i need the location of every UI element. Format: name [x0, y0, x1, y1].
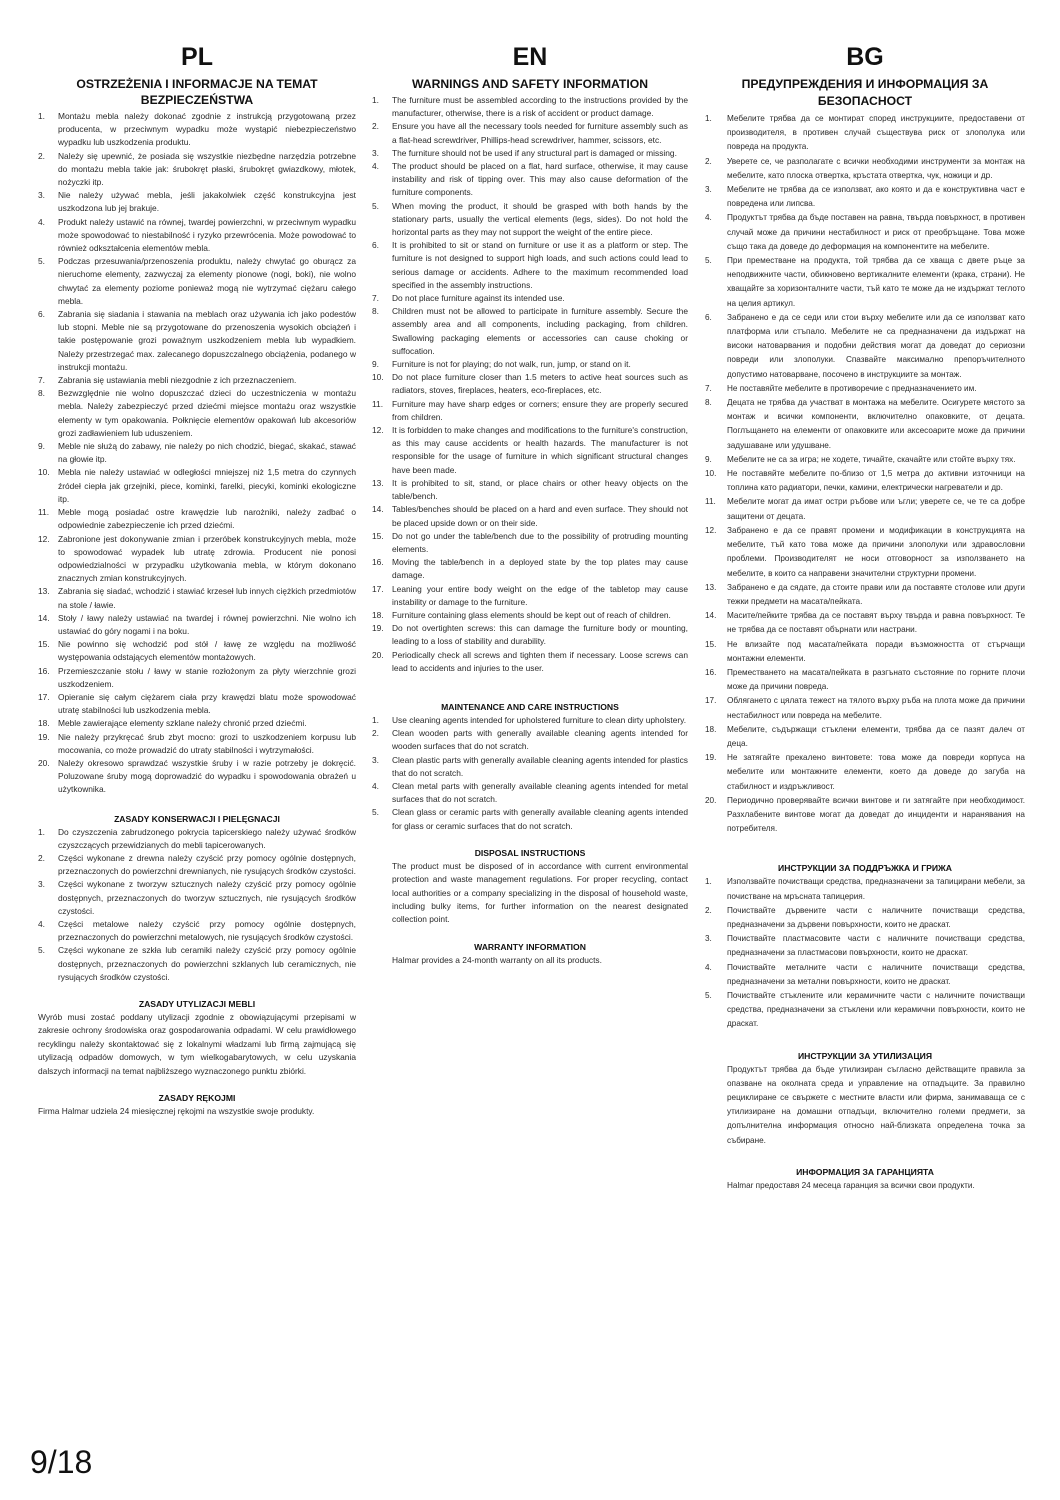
item-text: Meble mogą posiadać ostre krawędzie lub …: [58, 507, 356, 530]
list-item: 19.Nie należy przykręcać śrub zbyt mocno…: [38, 731, 356, 757]
item-text: Облягането с цялата тежест на тялото вър…: [727, 696, 1025, 719]
item-number: 5.: [372, 806, 379, 819]
list-item: 3.Почиствайте пластмасовите части с нали…: [705, 932, 1025, 960]
list-item: 8.Children must not be allowed to partic…: [372, 305, 688, 358]
list-item: 2.Уверете се, че разполагате с всички не…: [705, 155, 1025, 183]
list-item: 14.Stoły / ławy należy ustawiać na tward…: [38, 612, 356, 638]
warnings-title: ПРЕДУПРЕЖДЕНИЯ И ИНФОРМАЦИЯ ЗА БЕЗОПАСНО…: [705, 76, 1025, 110]
item-number: 18.: [372, 609, 384, 622]
item-number: 18.: [705, 723, 716, 737]
warnings-list: 1.Montażu mebla należy dokonać zgodnie z…: [38, 110, 356, 797]
list-item: 13.Забранено е да сядате, да стоите прав…: [705, 581, 1025, 609]
item-number: 14.: [705, 609, 716, 623]
list-item: 5.Części wykonane ze szkła lub ceramiki …: [38, 944, 356, 984]
list-item: 5.При преместване на продукта, той трябв…: [705, 254, 1025, 311]
list-item: 9.Мебелите не са за игра; не ходете, тич…: [705, 453, 1025, 467]
item-text: Stoły / ławy należy ustawiać na twardej …: [58, 613, 356, 636]
item-number: 15.: [705, 638, 716, 652]
item-text: It is forbidden to make changes and modi…: [392, 425, 688, 475]
item-number: 15.: [38, 638, 50, 651]
item-text: Meble nie służą do zabawy, nie należy po…: [58, 441, 356, 464]
warranty-title: ИНФОРМАЦИЯ ЗА ГАРАНЦИЯТА: [705, 1166, 1025, 1178]
disposal-text: The product must be disposed of in accor…: [372, 860, 688, 927]
item-number: 9.: [372, 358, 379, 371]
item-text: Децата не трябва да участват в монтажа н…: [727, 398, 1025, 450]
item-number: 12.: [38, 533, 50, 546]
item-text: Moving the table/bench in a deployed sta…: [392, 557, 688, 580]
list-item: 5.Podczas przesuwania/przenoszenia produ…: [38, 255, 356, 308]
item-text: Преместването на масата/пейката в разгън…: [727, 668, 1025, 691]
list-item: 12.Zabronione jest dokonywanie zmian i p…: [38, 533, 356, 586]
item-text: Produkt należy ustawić na równej, twarde…: [58, 217, 356, 253]
item-text: Clean plastic parts with generally avail…: [392, 755, 688, 778]
care-title: MAINTENANCE AND CARE INSTRUCTIONS: [372, 701, 688, 713]
list-item: 17.Облягането с цялата тежест на тялото …: [705, 694, 1025, 722]
column-bg: BG ПРЕДУПРЕЖДЕНИЯ И ИНФОРМАЦИЯ ЗА БЕЗОПА…: [705, 42, 1025, 1193]
item-text: Мебелите трябва да се монтират според ин…: [727, 114, 1025, 151]
disposal-title: ZASADY UTYLIZACJI MEBLI: [38, 998, 356, 1010]
list-item: 1.Use cleaning agents intended for uphol…: [372, 714, 688, 727]
language-heading: PL: [38, 42, 356, 72]
list-item: 10.Do not place furniture closer than 1.…: [372, 371, 688, 397]
list-item: 4.Продуктът трябва да бъде поставен на р…: [705, 211, 1025, 254]
list-item: 12.It is forbidden to make changes and m…: [372, 424, 688, 477]
item-number: 3.: [372, 147, 379, 160]
list-item: 8.Bezwzględnie nie wolno dopuszczać dzie…: [38, 387, 356, 440]
item-text: Należy okresowo sprawdzać wszystkie śrub…: [58, 758, 356, 794]
care-title: ИНСТРУКЦИИ ЗА ПОДДРЪЖКА И ГРИЖА: [705, 862, 1025, 874]
item-text: Use cleaning agents intended for upholst…: [392, 715, 686, 725]
item-text: Do not place furniture closer than 1.5 m…: [392, 372, 688, 395]
item-number: 20.: [38, 757, 50, 770]
item-text: Należy się upewnić, że posiada się wszys…: [58, 151, 356, 187]
list-item: 9.Meble nie służą do zabawy, nie należy …: [38, 440, 356, 466]
list-item: 15.Do not go under the table/bench due t…: [372, 530, 688, 556]
item-number: 4.: [38, 216, 45, 229]
warranty-text: Halmar предоставя 24 месеца гаранция за …: [705, 1179, 1025, 1193]
item-number: 11.: [372, 398, 383, 411]
item-text: Не влизайте под масата/пейката поради въ…: [727, 640, 1025, 663]
item-text: Почиствайте стъклените или керамичните ч…: [727, 991, 1025, 1028]
warranty-title: WARRANTY INFORMATION: [372, 941, 688, 953]
list-item: 8.Децата не трябва да участват в монтажа…: [705, 396, 1025, 453]
list-item: 19.Do not overtighten screws: this can d…: [372, 622, 688, 648]
list-item: 4.Clean metal parts with generally avail…: [372, 780, 688, 806]
item-text: Уверете се, че разполагате с всички необ…: [727, 157, 1025, 180]
item-text: Furniture containing glass elements shou…: [392, 610, 671, 620]
item-text: Мебелите могат да имат остри ръбове или …: [727, 497, 1025, 520]
list-item: 16.Moving the table/bench in a deployed …: [372, 556, 688, 582]
item-number: 6.: [372, 239, 379, 252]
list-item: 1.Do czyszczenia zabrudzonego pokrycia t…: [38, 826, 356, 852]
list-item: 6.Забранено е да се седи или стои върху …: [705, 311, 1025, 382]
item-text: Leaning your entire body weight on the e…: [392, 584, 688, 607]
item-number: 10.: [705, 467, 716, 481]
list-item: 16.Przemieszczanie stołu / ławy w stanie…: [38, 665, 356, 691]
item-number: 2.: [372, 727, 379, 740]
list-item: 17.Opieranie się całym ciężarem ciała pr…: [38, 691, 356, 717]
item-number: 2.: [372, 120, 379, 133]
item-number: 1.: [372, 714, 379, 727]
item-number: 20.: [705, 794, 716, 808]
item-number: 2.: [38, 852, 45, 865]
list-item: 20.Периодично проверявайте всички винтов…: [705, 794, 1025, 837]
item-text: Podczas przesuwania/przenoszenia produkt…: [58, 256, 356, 306]
list-item: 3.Clean plastic parts with generally ava…: [372, 754, 688, 780]
item-number: 4.: [705, 961, 712, 975]
list-item: 4.Części metalowe należy czyścić przy po…: [38, 918, 356, 944]
item-number: 13.: [705, 581, 716, 595]
item-text: It is prohibited to sit, stand, or place…: [392, 478, 688, 501]
list-item: 6.It is prohibited to sit or stand on fu…: [372, 239, 688, 292]
list-item: 3.Nie należy używać mebla, jeśli jakakol…: [38, 189, 356, 215]
item-text: Montażu mebla należy dokonać zgodnie z i…: [58, 111, 356, 147]
list-item: 2.Ensure you have all the necessary tool…: [372, 120, 688, 146]
item-number: 19.: [705, 751, 716, 765]
item-text: Children must not be allowed to particip…: [392, 306, 688, 356]
item-text: Meble zawierające elementy szklane należ…: [58, 718, 307, 728]
item-number: 15.: [372, 530, 384, 543]
item-number: 18.: [38, 717, 50, 730]
item-text: Почиствайте пластмасовите части с наличн…: [727, 934, 1025, 957]
language-heading: BG: [705, 42, 1025, 72]
item-number: 6.: [705, 311, 712, 325]
item-text: Części wykonane z tworzyw sztucznych nal…: [58, 879, 356, 915]
list-item: 4.Почиствайте металните части с наличнит…: [705, 961, 1025, 989]
item-text: Do not overtighten screws: this can dama…: [392, 623, 688, 646]
item-number: 1.: [38, 826, 45, 839]
item-number: 5.: [372, 200, 379, 213]
warranty-text: Firma Halmar udziela 24 miesięcznej ręko…: [38, 1105, 356, 1118]
item-text: Zabrania się siadać, wchodzić i stawiać …: [58, 586, 356, 609]
item-text: При преместване на продукта, той трябва …: [727, 256, 1025, 308]
item-number: 4.: [372, 780, 379, 793]
list-item: 2.Części wykonane z drewna należy czyści…: [38, 852, 356, 878]
item-number: 8.: [38, 387, 45, 400]
item-number: 13.: [372, 477, 384, 490]
item-number: 3.: [372, 754, 379, 767]
disposal-text: Wyrób musi zostać poddany utylizacji zgo…: [38, 1011, 356, 1078]
item-text: Периодично проверявайте всички винтове и…: [727, 796, 1025, 833]
page-number: 9/18: [30, 1442, 92, 1482]
warranty-text: Halmar provides a 24-month warranty on a…: [372, 954, 688, 967]
list-item: 1.Използвайте почистващи средства, предн…: [705, 875, 1025, 903]
item-number: 11.: [38, 506, 49, 519]
list-item: 7.Zabrania się ustawiania mebli niezgodn…: [38, 374, 356, 387]
list-item: 14.Масите/пейките трябва да се поставят …: [705, 609, 1025, 637]
item-number: 19.: [38, 731, 50, 744]
item-text: Zabrania się ustawiania mebli niezgodnie…: [58, 375, 296, 385]
list-item: 14.Tables/benches should be placed on a …: [372, 503, 688, 529]
warnings-title: WARNINGS AND SAFETY INFORMATION: [372, 76, 688, 92]
list-item: 3.The furniture should not be used if an…: [372, 147, 688, 160]
list-item: 16.Преместването на масата/пейката в раз…: [705, 666, 1025, 694]
list-item: 12.Забранено е да се правят промени и мо…: [705, 524, 1025, 581]
item-text: Забранено е да се седи или стои върху ме…: [727, 313, 1025, 379]
item-number: 8.: [372, 305, 379, 318]
list-item: 2.Clean wooden parts with generally avai…: [372, 727, 688, 753]
item-number: 2.: [38, 150, 45, 163]
item-text: Не поставяйте мебелите в противоречие с …: [727, 384, 977, 393]
warnings-list: 1.The furniture must be assembled accord…: [372, 94, 688, 675]
item-text: Продуктът трябва да бъде поставен на рав…: [727, 213, 1025, 250]
item-number: 3.: [705, 932, 712, 946]
item-text: Do not go under the table/bench due to t…: [392, 531, 688, 554]
care-title: ZASADY KONSERWACJI I PIELĘGNACJI: [38, 813, 356, 825]
item-number: 10.: [38, 466, 50, 479]
item-number: 1.: [38, 110, 45, 123]
item-text: Масите/пейките трябва да се поставят вър…: [727, 611, 1025, 634]
item-number: 16.: [38, 665, 50, 678]
item-text: Мебелите не трябва да се използват, ако …: [727, 185, 1025, 208]
list-item: 11.Мебелите могат да имат остри ръбове и…: [705, 495, 1025, 523]
item-number: 7.: [372, 292, 379, 305]
list-item: 11.Meble mogą posiadać ostre krawędzie l…: [38, 506, 356, 532]
item-text: Furniture is not for playing; do not wal…: [392, 359, 631, 369]
list-item: 13.Zabrania się siadać, wchodzić i stawi…: [38, 585, 356, 611]
item-text: Przemieszczanie stołu / ławy w stanie ro…: [58, 666, 356, 689]
item-text: Clean metal parts with generally availab…: [392, 781, 688, 804]
item-number: 1.: [705, 112, 712, 126]
disposal-title: DISPOSAL INSTRUCTIONS: [372, 847, 688, 859]
item-text: Zabronione jest dokonywanie zmian i prze…: [58, 534, 356, 584]
item-text: Nie należy używać mebla, jeśli jakakolwi…: [58, 190, 356, 213]
item-number: 16.: [705, 666, 716, 680]
item-text: The product should be placed on a flat, …: [392, 161, 688, 197]
list-item: 9.Furniture is not for playing; do not w…: [372, 358, 688, 371]
item-text: Не затягайте прекалено винтовете: това м…: [727, 753, 1025, 790]
list-item: 4.The product should be placed on a flat…: [372, 160, 688, 200]
item-number: 4.: [38, 918, 45, 931]
disposal-text: Продуктът трябва да бъде утилизиран съгл…: [705, 1063, 1025, 1148]
care-list: 1.Do czyszczenia zabrudzonego pokrycia t…: [38, 826, 356, 984]
list-item: 3.Мебелите не трябва да се използват, ак…: [705, 183, 1025, 211]
item-number: 5.: [38, 944, 45, 957]
item-number: 9.: [705, 453, 712, 467]
item-text: Periodically check all screws and tighte…: [392, 650, 688, 673]
item-number: 17.: [705, 694, 716, 708]
item-number: 9.: [38, 440, 45, 453]
column-en: EN WARNINGS AND SAFETY INFORMATION 1.The…: [372, 42, 688, 967]
list-item: 18.Мебелите, съдържащи стъклени елементи…: [705, 723, 1025, 751]
list-item: 10.Mebla nie należy ustawiać w odległośc…: [38, 466, 356, 506]
list-item: 5.Clean glass or ceramic parts with gene…: [372, 806, 688, 832]
item-text: Mebla nie należy ustawiać w odległości m…: [58, 467, 356, 503]
warnings-title: OSTRZEŻENIA I INFORMACJE NA TEMAT BEZPIE…: [38, 76, 356, 108]
list-item: 18.Meble zawierające elementy szklane na…: [38, 717, 356, 730]
item-text: Części metalowe należy czyścić przy pomo…: [58, 919, 356, 942]
item-number: 14.: [372, 503, 384, 516]
item-text: Не поставяйте мебелите по-близо от 1,5 м…: [727, 469, 1025, 492]
item-number: 12.: [705, 524, 716, 538]
list-item: 10.Не поставяйте мебелите по-близо от 1,…: [705, 467, 1025, 495]
item-number: 10.: [372, 371, 384, 384]
item-number: 11.: [705, 495, 716, 509]
list-item: 13.It is prohibited to sit, stand, or pl…: [372, 477, 688, 503]
list-item: 1.Montażu mebla należy dokonać zgodnie z…: [38, 110, 356, 150]
list-item: 11.Furniture may have sharp edges or cor…: [372, 398, 688, 424]
item-number: 12.: [372, 424, 384, 437]
item-text: Do czyszczenia zabrudzonego pokrycia tap…: [58, 827, 356, 850]
list-item: 15.Не влизайте под масата/пейката поради…: [705, 638, 1025, 666]
item-number: 16.: [372, 556, 384, 569]
item-text: Почиствайте дървените части с наличните …: [727, 906, 1025, 929]
item-text: Забранено е да се правят промени и модиф…: [727, 526, 1025, 578]
list-item: 15.Nie powinno się wchodzić pod stół / ł…: [38, 638, 356, 664]
list-item: 5.When moving the product, it should be …: [372, 200, 688, 240]
item-text: Do not place furniture against its inten…: [392, 293, 565, 303]
item-text: The furniture should not be used if any …: [392, 148, 677, 158]
item-number: 4.: [705, 211, 712, 225]
item-text: Furniture may have sharp edges or corner…: [392, 399, 688, 422]
item-number: 6.: [38, 308, 45, 321]
item-number: 3.: [705, 183, 712, 197]
item-number: 1.: [705, 875, 712, 889]
item-number: 5.: [705, 989, 712, 1003]
list-item: 3.Części wykonane z tworzyw sztucznych n…: [38, 878, 356, 918]
list-item: 1.The furniture must be assembled accord…: [372, 94, 688, 120]
list-item: 7.Не поставяйте мебелите в противоречие …: [705, 382, 1025, 396]
item-text: Използвайте почистващи средства, предназ…: [727, 877, 1025, 900]
item-number: 3.: [38, 189, 45, 202]
item-text: Мебелите не са за игра; не ходете, тичай…: [727, 455, 1016, 464]
item-text: Ensure you have all the necessary tools …: [392, 121, 688, 144]
item-number: 17.: [38, 691, 50, 704]
list-item: 2.Почиствайте дървените части с наличнит…: [705, 904, 1025, 932]
item-text: Tables/benches should be placed on a har…: [392, 504, 688, 527]
item-text: Opieranie się całym ciężarem ciała przy …: [58, 692, 356, 715]
item-number: 14.: [38, 612, 50, 625]
care-list: 1.Use cleaning agents intended for uphol…: [372, 714, 688, 833]
item-text: Почиствайте металните части с наличните …: [727, 963, 1025, 986]
item-text: Bezwzględnie nie wolno dopuszczać dzieci…: [58, 388, 356, 438]
list-item: 19.Не затягайте прекалено винтовете: тов…: [705, 751, 1025, 794]
item-text: Забранено е да сядате, да стоите прави и…: [727, 583, 1025, 606]
item-text: Мебелите, съдържащи стъклени елементи, т…: [727, 725, 1025, 748]
item-number: 17.: [372, 583, 384, 596]
item-text: The furniture must be assembled accordin…: [392, 95, 688, 118]
language-heading: EN: [372, 42, 688, 72]
item-text: It is prohibited to sit or stand on furn…: [392, 240, 688, 290]
item-number: 3.: [38, 878, 45, 891]
list-item: 4.Produkt należy ustawić na równej, twar…: [38, 216, 356, 256]
list-item: 20.Periodically check all screws and tig…: [372, 649, 688, 675]
item-number: 8.: [705, 396, 712, 410]
list-item: 7.Do not place furniture against its int…: [372, 292, 688, 305]
disposal-title: ИНСТРУКЦИИ ЗА УТИЛИЗАЦИЯ: [705, 1050, 1025, 1062]
care-list: 1.Използвайте почистващи средства, предн…: [705, 875, 1025, 1031]
list-item: 17.Leaning your entire body weight on th…: [372, 583, 688, 609]
item-text: Nie należy przykręcać śrub zbyt mocno: g…: [58, 732, 356, 755]
item-number: 19.: [372, 622, 384, 635]
list-item: 20.Należy okresowo sprawdzać wszystkie ś…: [38, 757, 356, 797]
item-text: Części wykonane ze szkła lub ceramiki na…: [58, 945, 356, 981]
item-text: When moving the product, it should be gr…: [392, 201, 688, 237]
item-number: 2.: [705, 904, 712, 918]
item-text: Clean wooden parts with generally availa…: [392, 728, 688, 751]
warranty-title: ZASADY RĘKOJMI: [38, 1092, 356, 1104]
list-item: 1.Мебелите трябва да се монтират според …: [705, 112, 1025, 155]
item-text: Clean glass or ceramic parts with genera…: [392, 807, 688, 830]
item-number: 1.: [372, 94, 379, 107]
item-text: Części wykonane z drewna należy czyścić …: [58, 853, 356, 876]
item-text: Zabrania się siadania i stawania na mebl…: [58, 309, 356, 372]
item-number: 20.: [372, 649, 384, 662]
item-number: 5.: [38, 255, 45, 268]
list-item: 5.Почиствайте стъклените или керамичните…: [705, 989, 1025, 1032]
item-number: 7.: [705, 382, 712, 396]
item-number: 5.: [705, 254, 712, 268]
item-text: Nie powinno się wchodzić pod stół / ławę…: [58, 639, 356, 662]
item-number: 7.: [38, 374, 45, 387]
item-number: 13.: [38, 585, 50, 598]
list-item: 6.Zabrania się siadania i stawania na me…: [38, 308, 356, 374]
item-number: 4.: [372, 160, 379, 173]
column-pl: PL OSTRZEŻENIA I INFORMACJE NA TEMAT BEZ…: [38, 42, 356, 1118]
list-item: 2.Należy się upewnić, że posiada się wsz…: [38, 150, 356, 190]
warnings-list: 1.Мебелите трябва да се монтират според …: [705, 112, 1025, 836]
list-item: 18.Furniture containing glass elements s…: [372, 609, 688, 622]
item-number: 2.: [705, 155, 712, 169]
